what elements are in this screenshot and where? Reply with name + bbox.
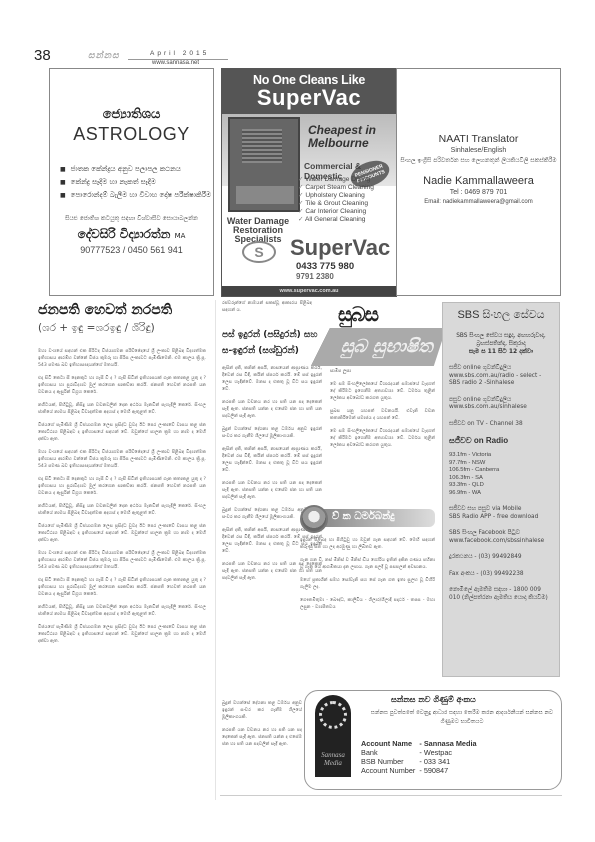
astrology-ad: ජ්‍යොතිශය ASTROLOGY ජාතක කේන්ද්‍රය අනුව … [49, 68, 214, 296]
sbs-radio-link[interactable]: www.sbs.com.au/radio - select - SBS radi… [449, 373, 553, 388]
sbs-tv: සජීවව on TV - Channel 38 [449, 421, 553, 429]
donation-subtext: සන්නස පුවත්පතේ වෙනුදු ආධාර සඳහා තෙරීම කර… [367, 709, 557, 727]
donation-heading: සන්නස නව ගිණුම් අංකය [391, 695, 476, 705]
column-divider [215, 300, 216, 800]
frequency-item: 97.7fm - NSW [449, 460, 553, 468]
sbs-sinhalese-link[interactable]: www.sbs.com.au/sinhalese [449, 404, 553, 412]
sbs-online-radio: සජීව online ගුවන්විදුලිය www.sbs.com.au/… [449, 365, 553, 388]
website-link[interactable]: www.sannasa.net [152, 60, 199, 66]
translator-title: NAATI Translator [397, 133, 560, 145]
paragraph: නරපති යන වචනය නර හා පති යන පද දෙකෙන් සෑද… [222, 480, 322, 501]
service-item: All General Cleaning [298, 216, 374, 224]
sbs-fax: Fax අංකය - (03) 99492238 [449, 571, 553, 579]
paragraph: විජයගේ පැමිණීම ශ්‍රී විජයාගමන ලෙස ප්‍රසි… [38, 624, 206, 645]
paragraph: ගැන ගන වී, නස් මිනිස් ව මිනිස් ඩිය ගෝරිය… [300, 557, 435, 571]
cheapest-label: Cheapest in Melbourne [308, 124, 396, 150]
table-row: BSB Number- 033 341 [361, 757, 481, 766]
paragraph: ගෞතමිතුමා - බෞද්ධ, කාලීවිය - ශිලාර/ශීලාද… [300, 597, 435, 611]
subasa-body: සාමීප ලුසා මෙ සම සිංහලිලෝකයේ විශාරදයන් ස… [330, 368, 435, 498]
sbs-free-line: නොමිලේ ඇමතීම සඳහා - 1800 009 010 (නිල්පත… [449, 587, 553, 602]
water-damage-label: Water Damage Restoration Specialists [226, 217, 290, 244]
page-number: 38 [34, 47, 51, 64]
author-portrait-icon [300, 505, 328, 533]
issue-date: April 2015 [150, 50, 209, 57]
service-item: ජාතක කේන්ද්‍රය අනුව පලාපල කථනය [60, 163, 213, 176]
translator-desc-si: සිංහල ඉංග්‍රීසි පරිවර්තන සහ ලෙහනතුන් ලිය… [397, 156, 560, 165]
footer-rule [220, 795, 562, 796]
paragraph: විජයගේ පැමිණීම ශ්‍රී විජයාගමන ලෙස ප්‍රසි… [38, 422, 206, 443]
service-item: Car Interior Cleaning [298, 208, 374, 216]
article2-body-continued: බුදුන් වහන්සේ දේශනා කළ ධර්මය අනුව ඉඳුරන්… [222, 700, 302, 800]
paragraph: මෙ සම සිංහලිලෝකයේ විශාරදයන් සමාජයේ වැදගත… [330, 428, 435, 449]
dharmabandu-banner: ව් ක ධර්මබන්දු [300, 505, 435, 531]
table-row: Bank- Westpac [361, 748, 481, 757]
astrologer-phone: 90777523 / 0450 561 941 [50, 245, 213, 255]
service-item: Water Damage Drying [298, 176, 374, 184]
masthead-logo: සන්නස [88, 50, 126, 64]
article-subheadline: (ශර + ඉඳු =ශරඉඳු / ශිරිඳු) [38, 322, 155, 335]
carpet-cleaner-machine-image [228, 117, 300, 212]
paragraph: එදා සිටි කෙටා සී දෙනකුට හා ගැසී වී ද ? ග… [38, 577, 206, 598]
paragraph: සුබස යනු යහපත් වචනයයි. එවැනි වචන කතාකිරී… [330, 408, 435, 422]
service-item: Upholstery Cleaning [298, 192, 374, 200]
supervac-phone-mobile: 0433 775 980 [296, 261, 354, 272]
supervac-logo-icon: S [242, 241, 276, 263]
supervac-ad: No One Cleans Like SuperVac Cheapest in … [221, 68, 397, 297]
paragraph: බුදුන් වහන්සේ දේශනා කළ ධර්මය අනුව ඉඳුරන්… [222, 700, 302, 721]
sbs-frequencies: 93.1fm - Victoria 97.7fm - NSW 106.5fm -… [449, 452, 553, 497]
subasa-sithivili-banner: සුබස සිතිවිලි සුබ සුභාෂිත [310, 300, 440, 370]
paragraph: නගිටයක්, පිහිටුවූ, නිසිදු යන වචනවලින් දෙ… [38, 503, 206, 517]
sbs-facebook-link[interactable]: www.facebook.com/sbssinhalese [449, 538, 553, 546]
astrologer-name: දේවසිරි විද්‍යාරත්න MA [50, 227, 213, 242]
sbs-online: පසුව online ගුවන්විදුලිය www.sbs.com.au/… [449, 397, 553, 412]
paragraph: මහා වංශයේ සඳහන් එක පිරිටද විජයාගමන පරිච්… [38, 550, 206, 571]
frequency-item: 106.3fm - SA [449, 475, 553, 483]
article-body-col1: මහා වංශයේ සඳහන් එක පිරිටද විජයාගමන පරිච්… [38, 348, 206, 818]
dharma-wheel-icon [319, 701, 347, 729]
translator-tel: Tel : 0469 879 701 [397, 189, 560, 196]
paragraph: එදා සිටි කෙටා සී දෙනකුට හා ගැසී වී ද ? ග… [38, 375, 206, 396]
sbs-intro: SBS සිංහල සේවය සඳුදා, අඟහරුවාදා, බ්‍රහස්… [449, 332, 553, 356]
sbs-radio-heading: සජීවව on Radio [449, 436, 553, 446]
astrology-title-en: ASTROLOGY [50, 124, 213, 145]
sbs-mobile: සජීවව සහ පසුව via Mobile SBS Radio APP -… [449, 506, 553, 521]
translator-name: Nadie Kammallaweera [397, 175, 560, 187]
table-row: Account Name- Sannasa Media [361, 739, 481, 748]
paragraph: මහේ ප්‍රකාශින් සමහ සෝවැනි සහ සේ ගැන ගත ඉ… [300, 577, 435, 591]
supervac-brand: SuperVac [290, 235, 390, 261]
paragraph: නරපති යන වචනය නර හා පති යන පද දෙකෙන් සෑද… [222, 399, 322, 420]
article2-headline-2: ස-ඉඳුරන් (සශ්ඩුරන්) [222, 346, 299, 356]
paragraph: ඇසින් දකී, කනින් අසයි, නාසයෙන් ආඝ්‍රාණය … [222, 365, 322, 393]
translator-ad: NAATI Translator Sinhalese/English සිංහල… [396, 68, 561, 296]
astrology-note: සියළු ජොතිශ කටයුතු සඳහා විශ්වාසීව සොයාබල… [64, 214, 199, 223]
frequency-item: 96.9fm - WA [449, 490, 553, 498]
paragraph: මහා වංශයේ සඳහන් එක පිරිටද විජයාගමන පරිච්… [38, 449, 206, 470]
donation-account-box: Sannasa Media සන්නස නව ගිණුම් අංකය සන්නස… [304, 690, 562, 790]
paragraph: නරපති යන වචනය නර හා පති යන පද දෙකෙන් සෑද… [222, 727, 302, 748]
dharma-body: ඉඳුරන් පිළිබඳ හා පිහිටුවු හා ඔවුන් ගැන ස… [300, 537, 435, 627]
astrology-services: ජාතක කේන්ද්‍රය අනුව පලාපල කථනය කේන්ද්‍ර … [60, 163, 213, 202]
translator-languages: Sinhalese/English [397, 147, 560, 154]
paragraph: නගිටයක්, පිහිටුවූ, නිසිදු යන වචනවලින් දෙ… [38, 604, 206, 618]
service-item: Carpet Steam Cleaning [298, 184, 374, 192]
article-headline: ජනපති හෙවත් නරපති [38, 302, 172, 318]
paragraph: ඇසින් දකී, කනින් අසයි, නාසයෙන් ආඝ්‍රාණය … [222, 446, 322, 474]
paragraph: ඉඳුරන් පිළිබඳ හා පිහිටුවු හා ඔවුන් ගැන ස… [300, 537, 435, 551]
frequency-item: 93.3fm - QLD [449, 482, 553, 490]
astrology-title-si: ජ්‍යොතිශය [50, 107, 213, 122]
service-item: පොරොන්දම් බැලීම හා විවාහ දෝෂ පරීක්ෂාකිරී… [60, 189, 213, 202]
account-details: Account Name- Sannasa Media Bank- Westpa… [361, 739, 481, 775]
supervac-header: No One Cleans Like SuperVac [222, 69, 396, 114]
article2-headline-1: පස් ඉදුරන් (පසිදුරන්) සහ [222, 330, 317, 340]
subasa-label: සාමීප ලුසා [330, 368, 435, 375]
paragraph: එදා සිටි කෙටා සී දෙනකුට හා ගැසී වී ද ? ග… [38, 476, 206, 497]
service-item: කේන්ද්‍ර සෑදීම හා නැකත් සෑදීම [60, 176, 213, 189]
service-item: Tile & Grout Cleaning [298, 200, 374, 208]
sbs-facebook: SBS සිංහල Facebook පිටුව www.facebook.co… [449, 530, 553, 545]
paragraph: නගිටයක්, පිහිටුවූ, නිසිදු යන වචනවලින් දෙ… [38, 402, 206, 416]
article2-intro: රජවරුන්ගේ නාමයන් සකස්වූ ආකාරය පිළිබඳ සඳහ… [222, 300, 312, 322]
paragraph: විජයගේ පැමිණීම ශ්‍රී විජයාගමන ලෙස ප්‍රසි… [38, 523, 206, 544]
table-row: Account Number- 590847 [361, 766, 481, 775]
sannasa-media-logo: Sannasa Media [315, 695, 351, 777]
translator-email[interactable]: Email: nadiekammallaweera@gmail.com [397, 199, 560, 205]
supervac-phone-landline: 9791 2380 [296, 272, 334, 281]
paragraph: බුදුන් වහන්සේ දේශනා කළ ධර්මය අනුව ඉඳුරන්… [222, 426, 322, 440]
supervac-services: Water Damage Drying Carpet Steam Cleanin… [298, 176, 374, 224]
supervac-url[interactable]: www.supervac.com.au [222, 286, 396, 296]
paragraph: මහා වංශයේ සඳහන් එක පිරිටද විජයාගමන පරිච්… [38, 348, 206, 369]
sbs-sinhala-sidebar: SBS සිංහල සේවය SBS සිංහල සේවය සඳුදා, අඟහ… [442, 302, 560, 677]
frequency-item: 93.1fm - Victoria [449, 452, 553, 460]
sbs-title: SBS සිංහල සේවය [449, 309, 553, 322]
sbs-phone: දුරකථනය - (03) 99492849 [449, 554, 553, 562]
paragraph: මෙ සම සිංහලිලෝකයේ විශාරදයන් සමාජයේ වැදගත… [330, 381, 435, 402]
frequency-item: 106.5fm - Canberra [449, 467, 553, 475]
